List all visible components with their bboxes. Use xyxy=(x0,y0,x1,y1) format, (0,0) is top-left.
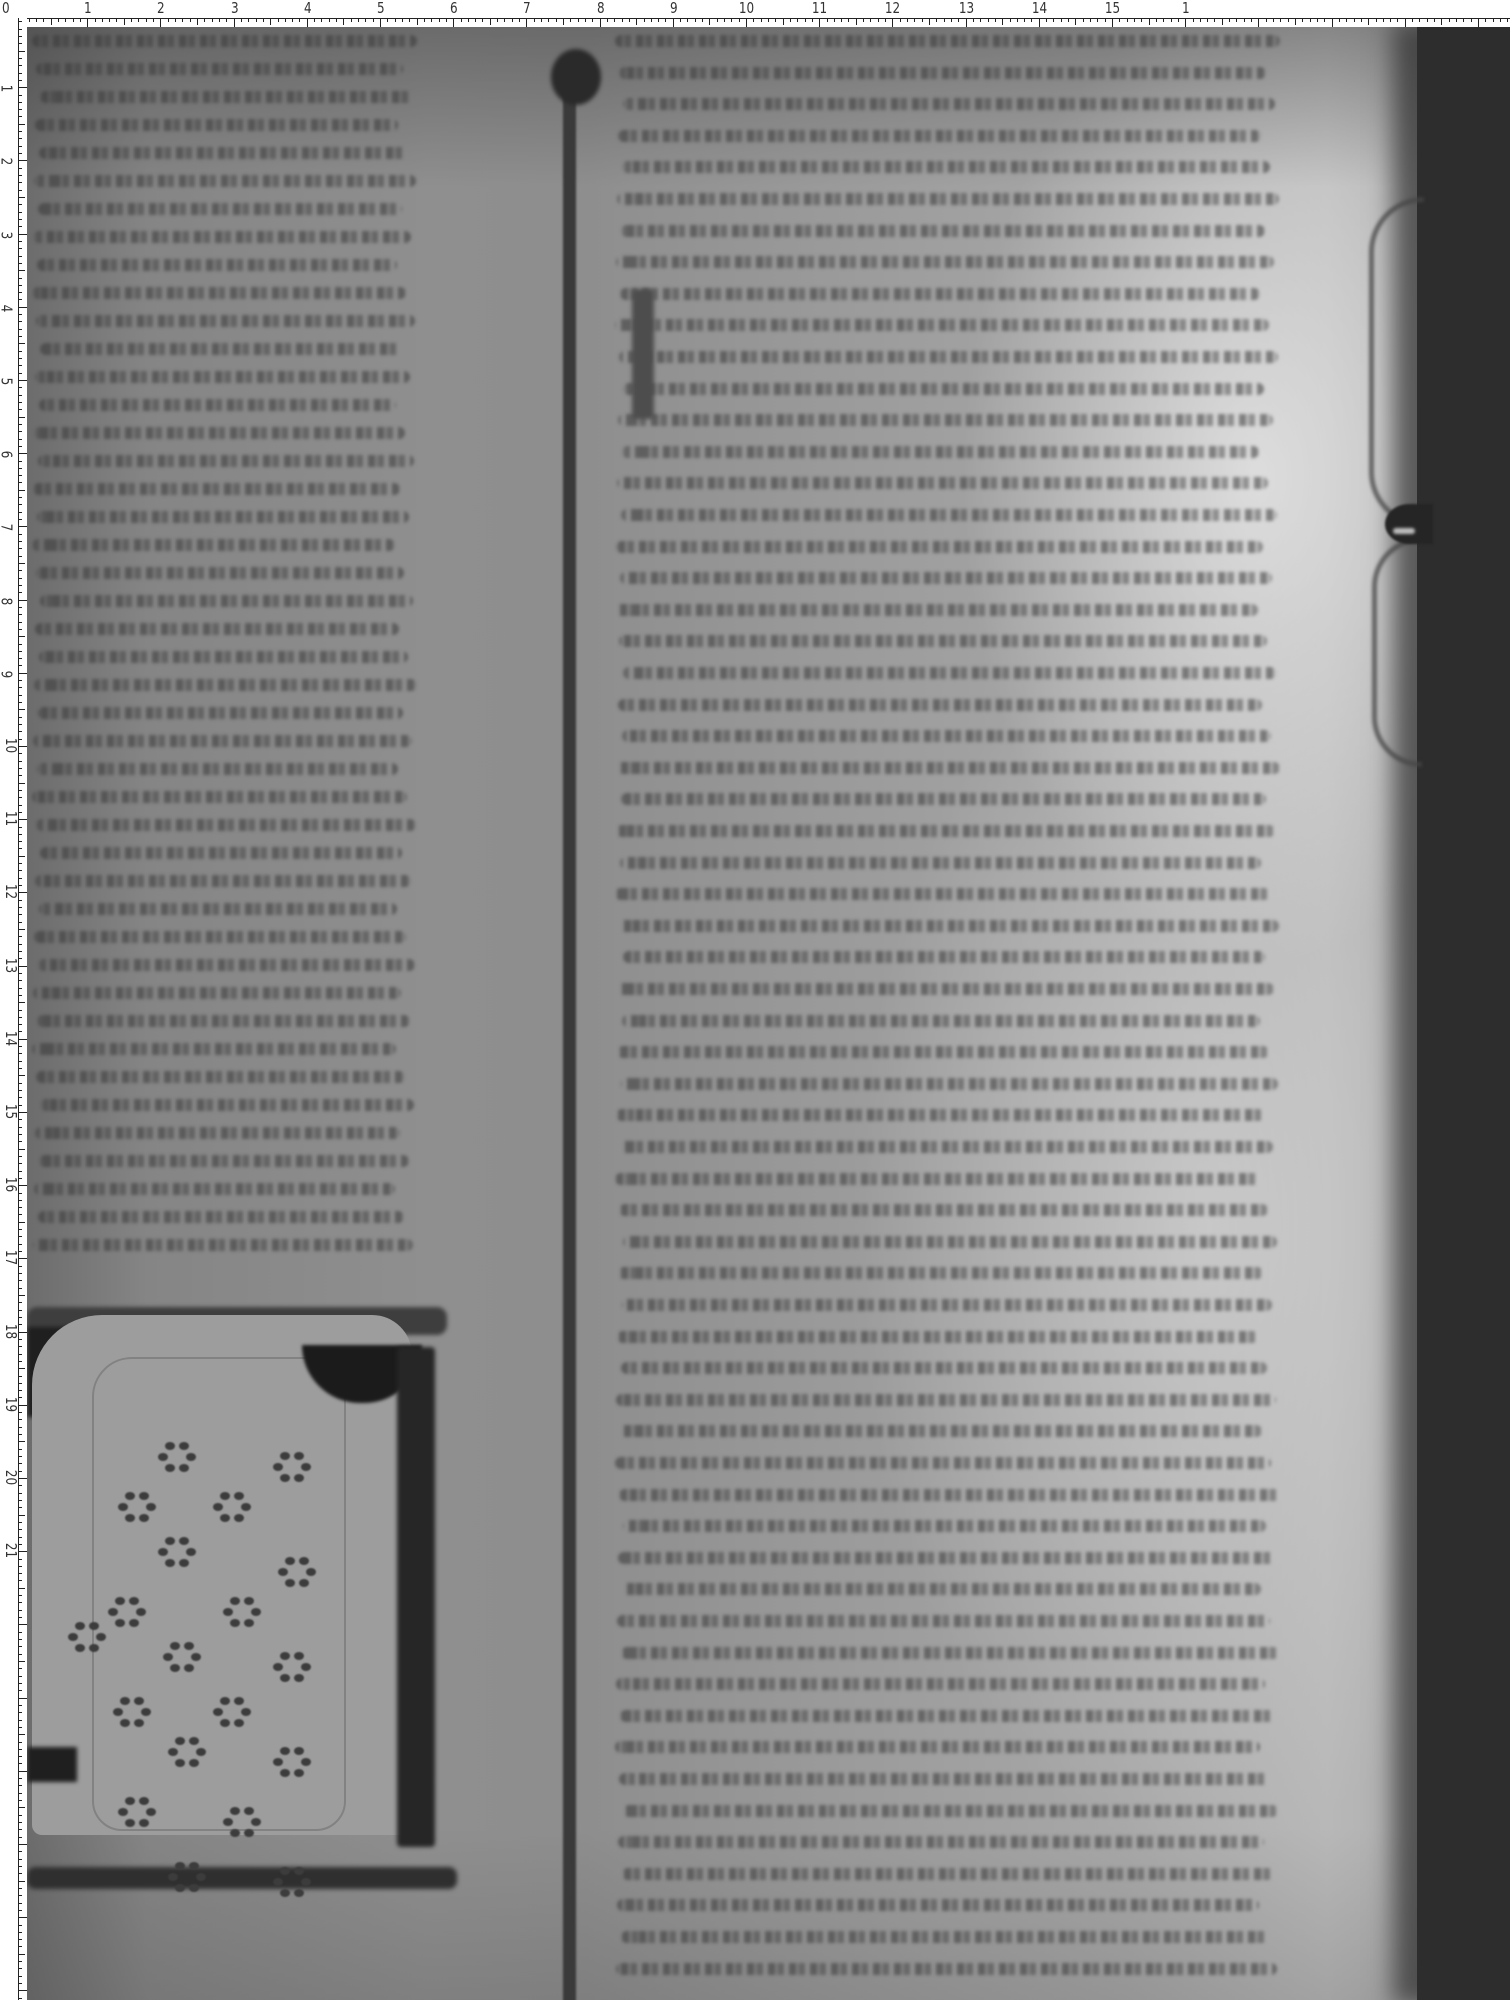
left-ruler-tick xyxy=(18,1551,27,1552)
top-ruler-tick xyxy=(87,18,88,27)
top-ruler-tick xyxy=(1258,18,1259,27)
left-ruler-tick xyxy=(18,629,22,630)
left-ruler-label: 7 xyxy=(0,524,13,532)
left-ruler-tick xyxy=(18,1112,27,1113)
top-ruler-tick xyxy=(636,18,637,25)
top-ruler-tick xyxy=(321,18,322,22)
top-ruler-tick xyxy=(1134,18,1135,22)
script-line xyxy=(617,193,1279,205)
script-line xyxy=(616,1963,1277,1975)
left-ruler-tick xyxy=(18,1280,22,1281)
top-ruler-tick xyxy=(929,18,930,25)
left-ruler-tick xyxy=(18,1954,25,1955)
script-line xyxy=(618,983,1274,995)
top-ruler-tick xyxy=(1185,18,1186,27)
top-ruler-tick xyxy=(226,18,227,22)
top-ruler-label: 12 xyxy=(885,1,900,16)
script-line xyxy=(619,67,1266,79)
script-line xyxy=(623,667,1276,679)
left-ruler-tick xyxy=(18,1749,22,1750)
top-ruler-tick xyxy=(885,18,886,22)
left-ruler-tick xyxy=(18,131,22,132)
script-line xyxy=(617,1899,1259,1911)
top-ruler-tick xyxy=(651,18,652,22)
left-ruler-tick xyxy=(18,358,22,359)
left-ruler-tick xyxy=(18,307,27,308)
left-ruler-tick xyxy=(18,878,22,879)
top-ruler-tick xyxy=(1397,18,1398,22)
top-ruler-tick xyxy=(1412,18,1413,22)
left-ruler-tick xyxy=(18,973,22,974)
left-ruler-label: 14 xyxy=(3,1031,18,1046)
left-ruler-tick xyxy=(18,490,25,491)
left-ruler-tick xyxy=(18,1207,22,1208)
rosette-ornament xyxy=(222,1592,262,1632)
left-ruler-tick xyxy=(18,1698,27,1699)
top-ruler-tick xyxy=(1222,18,1223,25)
script-line xyxy=(35,119,398,131)
left-ruler-tick xyxy=(18,1829,22,1830)
left-ruler-tick xyxy=(18,182,22,183)
left-ruler-tick xyxy=(18,1339,22,1340)
left-ruler-label: 5 xyxy=(0,378,13,386)
top-ruler-tick xyxy=(687,18,688,22)
left-ruler-label: 16 xyxy=(3,1177,18,1192)
top-ruler-tick xyxy=(841,18,842,22)
left-ruler-tick xyxy=(18,1639,22,1640)
top-ruler-tick xyxy=(622,18,623,22)
left-ruler-tick xyxy=(18,226,22,227)
rosette-ornament xyxy=(212,1692,252,1732)
left-ruler-tick xyxy=(18,402,22,403)
left-ruler-tick xyxy=(18,1061,22,1062)
left-ruler-tick xyxy=(18,1127,22,1128)
left-ruler-tick xyxy=(18,1083,22,1084)
top-ruler-tick xyxy=(724,18,725,22)
top-ruler-tick xyxy=(797,18,798,22)
script-line xyxy=(620,572,1272,584)
script-line xyxy=(33,1239,413,1251)
manuscript-page xyxy=(27,27,1510,2000)
script-line xyxy=(34,679,417,691)
left-ruler-tick xyxy=(18,1031,22,1032)
top-ruler-tick xyxy=(80,18,81,22)
top-ruler-tick xyxy=(453,18,454,27)
top-ruler-tick xyxy=(1207,18,1208,22)
top-ruler-tick xyxy=(1119,18,1120,22)
top-ruler-tick xyxy=(424,18,425,22)
left-ruler-tick xyxy=(18,1968,22,1969)
top-ruler-tick xyxy=(1236,18,1237,22)
left-ruler-tick xyxy=(18,1610,22,1611)
top-ruler-tick xyxy=(761,18,762,22)
left-ruler-tick xyxy=(18,600,27,601)
script-line xyxy=(40,91,412,103)
left-ruler-tick xyxy=(18,1039,27,1040)
left-ruler-tick xyxy=(18,219,22,220)
left-ruler-tick xyxy=(18,1917,27,1918)
top-ruler-label: 9 xyxy=(670,1,678,16)
top-ruler-label: 5 xyxy=(377,1,385,16)
top-ruler-tick xyxy=(431,18,432,22)
script-line xyxy=(33,987,401,999)
script-line xyxy=(615,319,1269,331)
left-ruler-tick xyxy=(18,387,22,388)
left-ruler-tick xyxy=(18,468,22,469)
left-ruler-tick xyxy=(18,1910,22,1911)
top-ruler-tick xyxy=(768,18,769,22)
script-line xyxy=(622,446,1259,458)
top-ruler-tick xyxy=(1010,18,1011,22)
script-line xyxy=(36,315,415,327)
left-ruler-tick xyxy=(18,314,22,315)
left-ruler-tick xyxy=(18,900,22,901)
top-ruler-tick xyxy=(504,18,505,22)
left-ruler-tick xyxy=(18,1881,25,1882)
left-ruler-tick xyxy=(18,724,22,725)
left-ruler: 0123456789101112131415161718192021 xyxy=(0,0,27,2000)
left-ruler-tick xyxy=(18,1463,22,1464)
left-ruler-tick xyxy=(18,1734,25,1735)
left-ruler-tick xyxy=(18,1529,22,1530)
top-ruler-tick xyxy=(1097,18,1098,22)
rosette-ornament xyxy=(167,1732,207,1772)
top-ruler-tick xyxy=(256,18,257,22)
left-ruler-tick xyxy=(18,709,25,710)
script-line xyxy=(623,1805,1278,1817)
top-ruler-tick xyxy=(1390,18,1391,22)
left-ruler-tick xyxy=(18,783,25,784)
left-ruler-tick xyxy=(18,1837,22,1838)
script-line xyxy=(32,35,417,47)
left-ruler-tick xyxy=(18,1712,22,1713)
top-ruler-tick xyxy=(900,18,901,22)
top-ruler-tick xyxy=(146,18,147,22)
top-ruler-tick xyxy=(153,18,154,22)
top-ruler-tick xyxy=(1105,18,1106,22)
left-ruler-label: 18 xyxy=(3,1323,18,1338)
top-ruler-tick xyxy=(1324,18,1325,22)
top-ruler-tick xyxy=(43,18,44,22)
script-line xyxy=(616,1109,1264,1121)
rosette-ornament xyxy=(277,1552,317,1592)
top-ruler-tick xyxy=(1200,18,1201,22)
left-ruler-tick xyxy=(18,1412,22,1413)
left-ruler-tick xyxy=(18,885,22,886)
top-ruler-tick xyxy=(1112,18,1113,27)
clasp-loop-upper xyxy=(1369,197,1424,527)
left-ruler-tick xyxy=(18,1566,22,1567)
top-ruler-tick xyxy=(1017,18,1018,22)
left-ruler-tick xyxy=(18,1705,22,1706)
script-line xyxy=(618,1552,1275,1564)
top-ruler-tick xyxy=(1419,18,1420,22)
left-ruler-tick xyxy=(18,1324,22,1325)
top-ruler-tick xyxy=(1368,18,1369,25)
left-ruler-tick xyxy=(18,695,22,696)
left-ruler-tick xyxy=(18,863,22,864)
left-ruler-tick xyxy=(18,256,22,257)
top-ruler-tick xyxy=(1251,18,1252,22)
top-ruler-tick xyxy=(790,18,791,22)
rosette-ornament xyxy=(117,1487,157,1527)
top-ruler-tick xyxy=(1471,18,1472,22)
left-ruler-tick xyxy=(18,1742,22,1743)
top-ruler-tick xyxy=(980,18,981,22)
top-ruler-tick xyxy=(563,18,564,25)
left-ruler-tick xyxy=(18,1163,22,1164)
left-ruler-tick xyxy=(18,95,22,96)
top-ruler-tick xyxy=(109,18,110,22)
clasp-knob xyxy=(1385,504,1433,544)
rosette-ornament xyxy=(272,1742,312,1782)
left-ruler-tick xyxy=(18,1119,22,1120)
left-ruler-tick xyxy=(18,761,22,762)
left-ruler-tick xyxy=(18,944,22,945)
left-ruler-tick xyxy=(18,278,22,279)
left-ruler-tick xyxy=(18,1925,22,1926)
ruling-bar-knob xyxy=(551,49,601,105)
script-line xyxy=(622,730,1271,742)
script-line xyxy=(622,1299,1272,1311)
script-line xyxy=(35,371,410,383)
left-ruler-label: 6 xyxy=(0,451,13,459)
left-ruler-tick xyxy=(18,1354,22,1355)
left-ruler-label: 12 xyxy=(3,884,18,899)
left-ruler-tick xyxy=(18,1661,25,1662)
left-ruler-tick xyxy=(18,365,22,366)
top-ruler-label: 10 xyxy=(739,1,754,16)
top-ruler-tick xyxy=(1288,18,1289,22)
left-ruler-tick xyxy=(18,907,22,908)
left-ruler-tick xyxy=(18,504,22,505)
top-ruler-label: 7 xyxy=(523,1,531,16)
left-ruler-tick xyxy=(18,1595,22,1596)
left-ruler-tick xyxy=(18,461,22,462)
top-ruler-tick xyxy=(182,18,183,22)
script-line xyxy=(618,1267,1263,1279)
left-ruler-tick xyxy=(18,241,22,242)
top-ruler-tick xyxy=(695,18,696,22)
top-ruler-label: 13 xyxy=(959,1,974,16)
top-ruler-tick xyxy=(475,18,476,22)
top-ruler-tick xyxy=(1500,18,1501,22)
left-ruler-tick xyxy=(18,1851,22,1852)
top-ruler-tick xyxy=(299,18,300,22)
left-ruler-tick xyxy=(18,922,22,923)
left-ruler-tick xyxy=(18,1624,27,1625)
script-line xyxy=(38,707,403,719)
left-ruler-tick xyxy=(18,739,22,740)
left-ruler-tick xyxy=(18,702,22,703)
left-ruler-tick xyxy=(18,1046,22,1047)
script-line xyxy=(623,1520,1266,1532)
top-ruler-tick xyxy=(1046,18,1047,22)
rosette-ornament xyxy=(67,1617,107,1657)
top-ruler-tick xyxy=(1434,18,1435,22)
left-ruler-tick xyxy=(18,1866,22,1867)
script-line xyxy=(617,1615,1270,1627)
top-ruler-tick xyxy=(51,18,52,25)
left-ruler-tick xyxy=(18,856,25,857)
left-ruler-tick xyxy=(18,805,22,806)
left-ruler-tick xyxy=(18,1844,27,1845)
left-ruler-tick xyxy=(18,270,25,271)
top-ruler-tick xyxy=(446,18,447,22)
left-ruler-tick xyxy=(18,1222,25,1223)
script-line xyxy=(615,888,1270,900)
left-ruler-tick xyxy=(18,1507,22,1508)
top-ruler-tick xyxy=(1127,18,1128,22)
left-ruler-tick xyxy=(18,1983,22,1984)
top-ruler-label: 15 xyxy=(1105,1,1120,16)
left-ruler-tick xyxy=(18,1793,22,1794)
left-ruler-tick xyxy=(18,1763,22,1764)
top-ruler-tick xyxy=(570,18,571,22)
left-ruler-tick xyxy=(18,1822,22,1823)
left-ruler-tick xyxy=(18,417,25,418)
top-ruler-tick xyxy=(556,18,557,22)
top-ruler-tick xyxy=(336,18,337,22)
left-ruler-tick xyxy=(18,1771,27,1772)
top-ruler-tick xyxy=(490,18,491,25)
left-ruler-tick xyxy=(18,124,25,125)
top-ruler-tick xyxy=(482,18,483,22)
script-line xyxy=(38,203,402,215)
left-ruler-label: 3 xyxy=(0,231,13,239)
left-ruler-tick xyxy=(18,1800,22,1801)
left-ruler-label: 8 xyxy=(0,597,13,605)
top-ruler-tick xyxy=(65,18,66,22)
left-ruler-tick xyxy=(18,1998,22,1999)
top-ruler-tick xyxy=(263,18,264,22)
left-ruler-tick xyxy=(18,680,22,681)
script-line xyxy=(32,791,407,803)
left-ruler-tick xyxy=(18,1485,22,1486)
top-ruler-tick xyxy=(234,18,235,27)
left-ruler-tick xyxy=(18,1273,22,1274)
script-line xyxy=(37,511,409,523)
top-ruler-tick xyxy=(878,18,879,22)
left-ruler-tick xyxy=(18,585,22,586)
top-ruler-tick xyxy=(834,18,835,22)
left-ruler-tick xyxy=(18,292,22,293)
top-ruler-tick xyxy=(966,18,967,27)
top-ruler-tick xyxy=(988,18,989,22)
top-ruler-tick xyxy=(102,18,103,22)
top-ruler-tick xyxy=(1339,18,1340,22)
left-ruler-tick xyxy=(18,36,22,37)
left-ruler-tick xyxy=(18,1895,22,1896)
rosette-ornament xyxy=(167,1857,207,1897)
top-ruler-tick xyxy=(1354,18,1355,22)
top-ruler-tick xyxy=(1317,18,1318,22)
top-ruler-tick xyxy=(907,18,908,22)
top-ruler-tick xyxy=(58,18,59,22)
top-ruler-tick xyxy=(665,18,666,22)
script-line xyxy=(620,1141,1273,1153)
top-ruler-tick xyxy=(204,18,205,22)
left-ruler-tick xyxy=(18,343,25,344)
top-ruler-tick xyxy=(387,18,388,22)
left-ruler-tick xyxy=(18,475,22,476)
left-ruler-tick xyxy=(18,1493,22,1494)
left-ruler-tick xyxy=(18,373,22,374)
script-line xyxy=(616,541,1263,553)
top-ruler-tick xyxy=(1141,18,1142,22)
top-ruler-tick xyxy=(1178,18,1179,22)
left-ruler-tick xyxy=(18,190,22,191)
rosette-ornament xyxy=(272,1447,312,1487)
top-ruler-tick xyxy=(680,18,681,22)
left-ruler-tick xyxy=(18,1053,22,1054)
top-ruler-tick xyxy=(709,18,710,25)
left-ruler-tick xyxy=(18,870,22,871)
left-ruler-tick xyxy=(18,204,22,205)
left-ruler-tick xyxy=(18,936,22,937)
left-ruler-tick xyxy=(18,519,22,520)
top-ruler-tick xyxy=(351,18,352,22)
script-line xyxy=(617,1046,1269,1058)
script-line xyxy=(36,63,403,75)
left-ruler-tick xyxy=(18,1317,22,1318)
script-line xyxy=(618,1836,1264,1848)
script-line xyxy=(623,1236,1277,1248)
left-ruler-tick xyxy=(18,929,25,930)
top-ruler-tick xyxy=(380,18,381,27)
script-line xyxy=(40,847,402,859)
script-line xyxy=(620,1710,1274,1722)
left-ruler-tick xyxy=(18,1178,22,1179)
script-line xyxy=(616,1394,1276,1406)
top-ruler-tick xyxy=(248,18,249,22)
left-ruler-tick xyxy=(18,1976,22,1977)
top-ruler-tick xyxy=(753,18,754,22)
left-ruler-tick xyxy=(18,1807,25,1808)
left-ruler-label: 15 xyxy=(3,1104,18,1119)
left-ruler-label: 21 xyxy=(3,1543,18,1558)
script-line xyxy=(619,1773,1269,1785)
top-ruler-tick xyxy=(1405,18,1406,27)
script-line xyxy=(38,455,414,467)
left-ruler-tick xyxy=(18,1288,22,1289)
script-line xyxy=(40,595,413,607)
left-ruler-tick xyxy=(18,1515,25,1516)
left-ruler-tick xyxy=(18,1097,22,1098)
left-ruler-tick xyxy=(18,321,22,322)
left-ruler-tick xyxy=(18,409,22,410)
script-line xyxy=(35,1127,400,1139)
top-ruler-label: 11 xyxy=(812,1,827,16)
top-ruler-tick xyxy=(863,18,864,22)
top-ruler-tick xyxy=(1332,18,1333,27)
top-ruler-tick xyxy=(278,18,279,22)
left-ruler-tick xyxy=(18,797,22,798)
script-line xyxy=(618,414,1273,426)
left-ruler-tick xyxy=(18,299,22,300)
left-ruler-tick xyxy=(18,1456,22,1457)
script-line xyxy=(619,920,1279,932)
rosette-ornament xyxy=(117,1792,157,1832)
script-line xyxy=(620,857,1261,869)
top-ruler-tick xyxy=(827,18,828,22)
top-ruler-tick xyxy=(870,18,871,22)
left-ruler-tick xyxy=(18,1024,22,1025)
script-line xyxy=(36,567,404,579)
top-ruler-tick xyxy=(1266,18,1267,22)
left-ruler-tick xyxy=(18,1141,22,1142)
illuminated-panel xyxy=(27,1267,477,1907)
